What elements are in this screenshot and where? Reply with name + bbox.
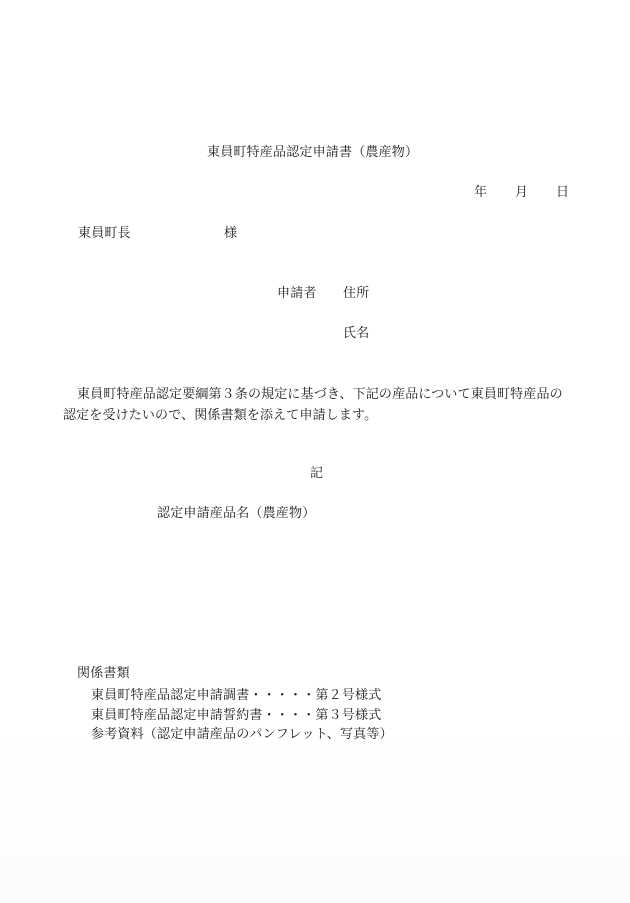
related-document-item: 参考資料（認定申請産品のパンフレット、写真等） — [91, 725, 393, 745]
applicant-name-label: 氏名 — [343, 327, 369, 340]
addressee-honorific: 様 — [224, 227, 237, 240]
body-line-2: 認定を受けたいので、関係書類を添えて申請します。 — [63, 405, 579, 426]
product-name-label: 認定申請産品名（農産物） — [157, 507, 315, 520]
related-documents-heading: 関係書類 — [77, 667, 130, 680]
applicant-label: 申請者 — [277, 287, 317, 300]
related-document-item: 東員町特産品認定申請誓約書・・・・第３号様式 — [91, 706, 393, 726]
addressee-name: 東員町長 — [78, 227, 131, 240]
body-line-1: 東員町特産品認定要綱第３条の規定に基づき、下記の産品について東員町特産品の — [63, 384, 579, 405]
date-day-label: 日 — [556, 186, 569, 199]
date-year-label: 年 — [474, 186, 487, 199]
document-title: 東員町特産品認定申請書（農産物） — [207, 146, 418, 159]
document-page: 東員町特産品認定申請書（農産物） 年 月 日 東員町長 様 申請者 住所 氏名 … — [0, 0, 630, 903]
application-body-text: 東員町特産品認定要綱第３条の規定に基づき、下記の産品について東員町特産品の 認定… — [63, 384, 579, 426]
related-document-item: 東員町特産品認定申請調書・・・・・第２号様式 — [91, 686, 393, 706]
date-month-label: 月 — [515, 186, 528, 199]
ki-heading: 記 — [310, 467, 323, 480]
applicant-address-label: 住所 — [343, 287, 369, 300]
related-documents-list: 東員町特産品認定申請調書・・・・・第２号様式 東員町特産品認定申請誓約書・・・・… — [91, 686, 393, 745]
